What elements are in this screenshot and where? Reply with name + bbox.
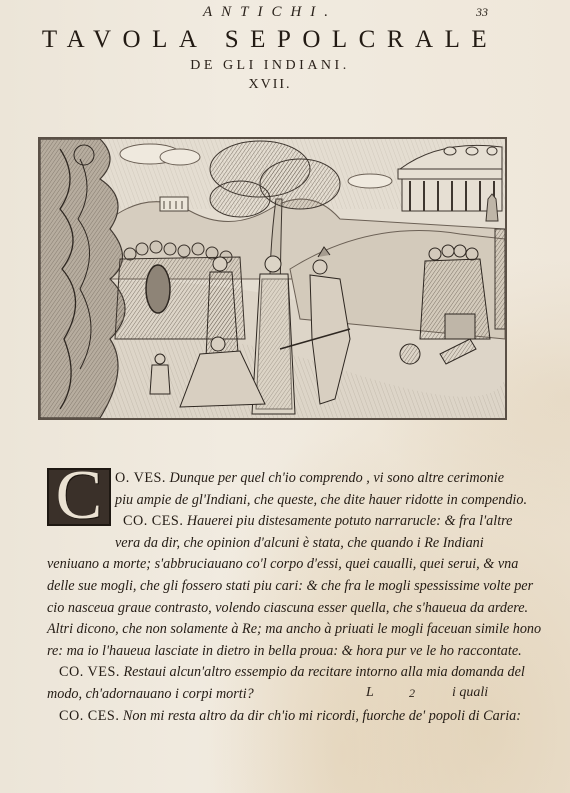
speech-text: modo, ch'adornauano i corpi morti? — [47, 686, 254, 702]
dialogue-text: O. VES. Dunque per quel ch'io comprendo … — [47, 468, 517, 727]
signature-number: 2 — [409, 686, 415, 701]
text-line: O. VES. Dunque per quel ch'io comprendo … — [47, 468, 517, 490]
text-line: re: ma io l'haueua lasciate in dietro in… — [47, 641, 517, 663]
text-line: delle sue mogli, che gli fossero stati p… — [47, 576, 517, 598]
text-line: piu ampie de gl'Indiani, che queste, che… — [47, 490, 517, 512]
speech-text: Non mi resta altro da dir ch'io mi ricor… — [123, 708, 521, 724]
catchword: i quali — [452, 685, 488, 701]
speech-text: delle sue mogli, che gli fossero stati p… — [47, 578, 533, 594]
text-line: vera da dir, che opinion d'alcuni è stat… — [47, 533, 517, 555]
altar-icon — [445, 314, 475, 339]
text-line: modo, ch'adornauano i corpi morti? — [47, 684, 517, 706]
book-page: { "header": { "running_head": "ANTICHI."… — [0, 0, 570, 793]
speech-text: Dunque per quel ch'io comprendo , vi son… — [169, 470, 504, 486]
speech-text: veniuano a morte; s'abbruciauano co'l co… — [47, 556, 518, 572]
text-line: cio nasceua graue contrasto, volendo cia… — [47, 598, 517, 620]
text-line: veniuano a morte; s'abbruciauano co'l co… — [47, 554, 517, 576]
speech-text: Restaui alcun'altro essempio da recitare… — [123, 664, 524, 680]
page-subtitle: DE GLI INDIANI. — [0, 58, 540, 74]
text-line: CO. CES. Non mi resta altro da dir ch'io… — [47, 706, 517, 728]
speech-text: vera da dir, che opinion d'alcuni è stat… — [115, 535, 484, 551]
speech-text: cio nasceua graue contrasto, volendo cia… — [47, 600, 528, 616]
speaker-label: CO. CES. — [59, 708, 119, 724]
shield-icon — [146, 265, 170, 313]
speaker-label: CO. VES. — [59, 664, 120, 680]
text-line: Altri dicono, che non solamente à Re; ma… — [47, 619, 517, 641]
plate-number: XVII. — [0, 77, 540, 93]
speech-text: Hauerei piu distesamente potuto narraruc… — [187, 513, 513, 529]
speaker-label: CO. CES. — [123, 513, 183, 529]
running-head: ANTICHI. — [0, 4, 540, 21]
page-number: 33 — [476, 5, 488, 20]
speech-text: piu ampie de gl'Indiani, che queste, che… — [115, 492, 527, 508]
text-line: CO. CES. Hauerei piu distesamente potuto… — [47, 511, 517, 533]
speaker-label: O. VES. — [115, 470, 166, 486]
signature-mark: L — [366, 685, 374, 701]
engraving-illustration — [38, 137, 507, 420]
right-wall — [495, 229, 505, 329]
bush-icon — [400, 344, 420, 364]
speech-text: re: ma io l'haueua lasciate in dietro in… — [47, 643, 522, 659]
distant-villa-icon — [160, 197, 188, 211]
page-title: TAVOLA SEPOLCRALE — [20, 26, 520, 54]
text-line: CO. VES. Restaui alcun'altro essempio da… — [47, 662, 517, 684]
speech-text: Altri dicono, che non solamente à Re; ma… — [47, 621, 541, 637]
